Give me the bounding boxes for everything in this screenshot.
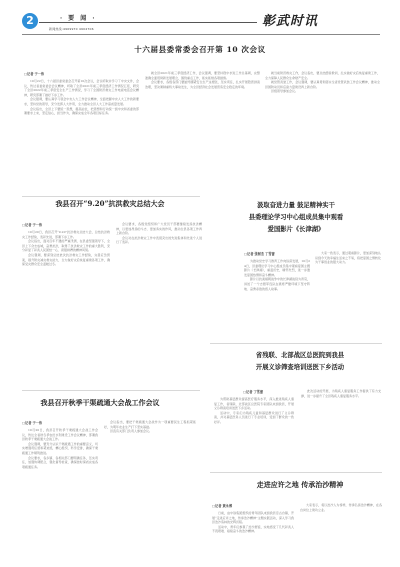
article-flood-relief-col1: 10月20日，我县召开“9.20”抗洪救灾总结大会，总结抗洪救灾工作经验，表彰先… bbox=[22, 230, 110, 388]
article-paragraph: 会议强调，要深刻总结此次抗洪救灾工作经验，完善应急预案，提升防灾减灾救灾能力，全… bbox=[22, 253, 110, 267]
article-paragraph: 大家一致表示，通过观看影片，更加深刻地认识到今天的幸福生活来之不易，将把爱国之情… bbox=[315, 251, 381, 265]
article-paragraph: 10月22日，十六届县委常委会召开第10次会议，会议听取并学习了中央文件，会议，… bbox=[24, 79, 139, 97]
article-paragraph: 10月20日，我县召开秋季干渠疏通大会战工作会议，传达全省秋冬季农田水利建设工作… bbox=[22, 428, 98, 442]
headline-patriotic-film: 汲取奋进力量 鼓足精神实干 县委理论学习中心组成员集中观看 爱国影片《长津湖》 bbox=[206, 200, 386, 236]
article-desert-spirit-col2: 大家表示，将以治沙人为榜样，传承弘扬治沙精神，在各自岗位上建功立业。 bbox=[300, 503, 382, 548]
byline-desert-spirit: □记者 黄永博 bbox=[212, 503, 232, 508]
byline-standing-committee: □记者 于一伟 bbox=[24, 71, 44, 76]
headline-standing-committee: 十六届县委常委会召开第 10 次会议 bbox=[0, 44, 400, 55]
section-divider bbox=[210, 472, 382, 473]
section-name: · 要 闻 · bbox=[60, 13, 96, 22]
article-patriotic-film-col2: 大家一致表示，通过观看影片，更加深刻地认识到今天的幸福生活来之不易，将把爱国之情… bbox=[315, 251, 381, 339]
article-paragraph: 会议强调，要充分认识干渠疏通工作的重要意义，切实增强责任感和紧迫感，精心组织，科… bbox=[22, 442, 98, 456]
article-paragraph: 此次活动的开展，为残疾人康复服务工作提供了有力支撑，进一步提升了全县残疾人康复服… bbox=[301, 389, 381, 398]
masthead: 2 · 要 闻 · 新闻热线:4909970 4904706 彰武时讯 bbox=[22, 12, 382, 38]
headline-canal-dredging: 我县召开秋季干渠疏通大会战工作会议 bbox=[0, 398, 200, 408]
article-paragraph: 会议指出，面对百年不遇的严重汛情，在县委坚强领导下，全县上下众志成城，奋勇抗洪，… bbox=[22, 239, 110, 253]
byline-canal-dredging: □记者 于一伟 bbox=[22, 420, 42, 425]
section-divider bbox=[210, 343, 382, 344]
article-canal-dredging-col2: 会议指出，要把干渠疏通大会战作为一项重要民生工程抓紧抓好，为明年农业生产打下坚实… bbox=[104, 420, 196, 550]
byline-medical-outreach: □记者 丁雪蕾 bbox=[243, 389, 263, 394]
article-paragraph: 会议指出，全县上下要统一思想，提高站位，把思想和行动统一到中央和省委的部署要求上… bbox=[24, 107, 139, 116]
article-paragraph: 大家表示，将以治沙人为榜样，传承弘扬治沙精神，在各自岗位上建功立业。 bbox=[300, 503, 382, 512]
article-paragraph: 活动中，青年们参观了治沙展馆，实地感受了几代彰武人不畏艰难、接续奋斗的治沙精神。 bbox=[212, 525, 294, 534]
edition-info: 新闻热线:4909970 4904706 bbox=[49, 27, 94, 31]
section-divider bbox=[22, 196, 200, 197]
article-paragraph: 为推动党史学习教育工作向纵深发展，10月24日，县委理论学习中心组成员集中观看爱… bbox=[244, 259, 310, 277]
masthead-rule-left bbox=[39, 22, 137, 23]
article-standing-committee-col2: 就全县2021年前三季度经济工作，会议强调，要坚持稳中求进工作总基调，完整准确全… bbox=[145, 71, 260, 197]
article-paragraph: 会议对在抗洪救灾工作中表现突出的先进集体和先进个人进行了表彰。 bbox=[116, 236, 202, 245]
article-paragraph: 10月20日，我县召开“9.20”抗洪救灾总结大会，总结抗洪救灾工作经验，表彰先… bbox=[22, 230, 110, 239]
newspaper-page: 2 · 要 闻 · 新闻热线:4909970 4904706 彰武时讯 十六届县… bbox=[0, 0, 400, 567]
article-paragraph: 就全县2021年前三季度经济工作，会议强调，要坚持稳中求进工作总基调，完整准确全… bbox=[145, 71, 260, 80]
article-paragraph: 会议强调，要认真学习领会中央人大工作会议精神，全面把握中央人大工作的新要求，坚持… bbox=[24, 97, 139, 106]
section-divider bbox=[22, 390, 200, 391]
byline-flood-relief: □记者 于一伟 bbox=[22, 222, 42, 227]
article-desert-spirit-col1: 日前，由中铁集团组织的青年团队来到我县章古台镇，开展“走进应许之地，传承治沙精神… bbox=[212, 511, 294, 556]
article-canal-dredging-col1: 10月20日，我县召开秋季干渠疏通大会战工作会议，传达全省秋冬季农田水利建设工作… bbox=[22, 428, 98, 550]
masthead-rule-right bbox=[132, 22, 257, 23]
paper-name-logo: 彰武时讯 bbox=[262, 10, 318, 29]
article-paragraph: 县级领导参加会议。 bbox=[265, 89, 380, 94]
article-paragraph: 日前，由中铁集团组织的青年团队来到我县章古台镇，开展“走进应许之地，传承治沙精神… bbox=[212, 511, 294, 525]
article-paragraph: 活动中，专家们为残疾儿童和基层群众进行了义诊筛查，并对基层医务人员进行了专业培训… bbox=[214, 411, 294, 425]
article-standing-committee-col3: 就当前防汛救灾工作，会议指出，要总结经验教训，扎实做好灾后恢复重建工作，全力保障… bbox=[265, 71, 380, 191]
article-paragraph: 影片以抗美援朝战争中的长津湖战役为背景，讲述了一个志愿军连队在极寒严酷环境下坚守… bbox=[244, 277, 310, 291]
headline-flood-relief: 我县召开“9.20”抗洪救灾总结大会 bbox=[30, 199, 190, 209]
article-paragraph: 就党管武装工作，会议强调，要认真贯彻落实全省党管武装工作会议精神，推动全县国防动… bbox=[265, 80, 380, 89]
article-paragraph: 会议要求，各级各部门要始终绷紧安全生产这根弦，压实责任，扎实开展隐患排查治理，坚… bbox=[145, 80, 260, 89]
article-paragraph: 为帮助基层群众提高医疗服务水平，深入推进残疾人康复工作，省残联、北部战区总医院专… bbox=[214, 397, 294, 411]
headline-line: 省残联、北部战区总医院到我县 bbox=[210, 350, 390, 362]
article-paragraph: 会议要求，各乡镇、各相关部门要明确任务，压实责任，加强协调配合，强化督导检查，确… bbox=[22, 456, 98, 470]
article-medical-outreach-col1: 为帮助基层群众提高医疗服务水平，深入推进残疾人康复工作，省残联、北部战区总医院专… bbox=[214, 397, 294, 467]
article-standing-committee-col1: 10月22日，十六届县委常委会召开第10次会议，会议听取并学习了中央文件，会议，… bbox=[24, 79, 139, 197]
headline-line: 开展义诊筛查培训送医下乡活动 bbox=[210, 362, 390, 374]
article-paragraph: 会议指出，要把干渠疏通大会战作为一项重要民生工程抓紧抓好，为明年农业生产打下坚实… bbox=[104, 420, 196, 429]
article-patriotic-film-col1: 为推动党史学习教育工作向纵深发展，10月24日，县委理论学习中心组成员集中观看爱… bbox=[244, 259, 310, 339]
headline-medical-outreach: 省残联、北部战区总医院到我县 开展义诊筛查培训送医下乡活动 bbox=[210, 350, 390, 374]
headline-desert-spirit: 走进应许之地 传承治沙精神 bbox=[200, 480, 400, 490]
page-number-badge: 2 bbox=[22, 13, 38, 29]
article-paragraph: 会议要求，各级党组织和广大党员干部要继续发扬抗洪精神，以更加昂扬的斗志、更加务实… bbox=[116, 222, 202, 236]
byline-patriotic-film: □记者 张树杰 丁雪蕾 bbox=[244, 251, 275, 256]
headline-line: 汲取奋进力量 鼓足精神实干 bbox=[206, 200, 386, 212]
article-medical-outreach-col2: 此次活动的开展，为残疾人康复服务工作提供了有力支撑，进一步提升了全县残疾人康复服… bbox=[301, 389, 381, 467]
masthead-bottom-rule bbox=[22, 34, 380, 35]
headline-line: 县委理论学习中心组成员集中观看 bbox=[206, 212, 386, 224]
article-flood-relief-col2: 会议要求，各级党组织和广大党员干部要继续发扬抗洪精神，以更加昂扬的斗志、更加务实… bbox=[116, 222, 202, 388]
headline-line: 爱国影片《长津湖》 bbox=[206, 224, 386, 236]
article-paragraph: 就当前防汛救灾工作，会议指出，要总结经验教训，扎实做好灾后恢复重建工作，全力保障… bbox=[265, 71, 380, 80]
article-paragraph: 县直有关部门负责人参加会议。 bbox=[104, 429, 196, 434]
